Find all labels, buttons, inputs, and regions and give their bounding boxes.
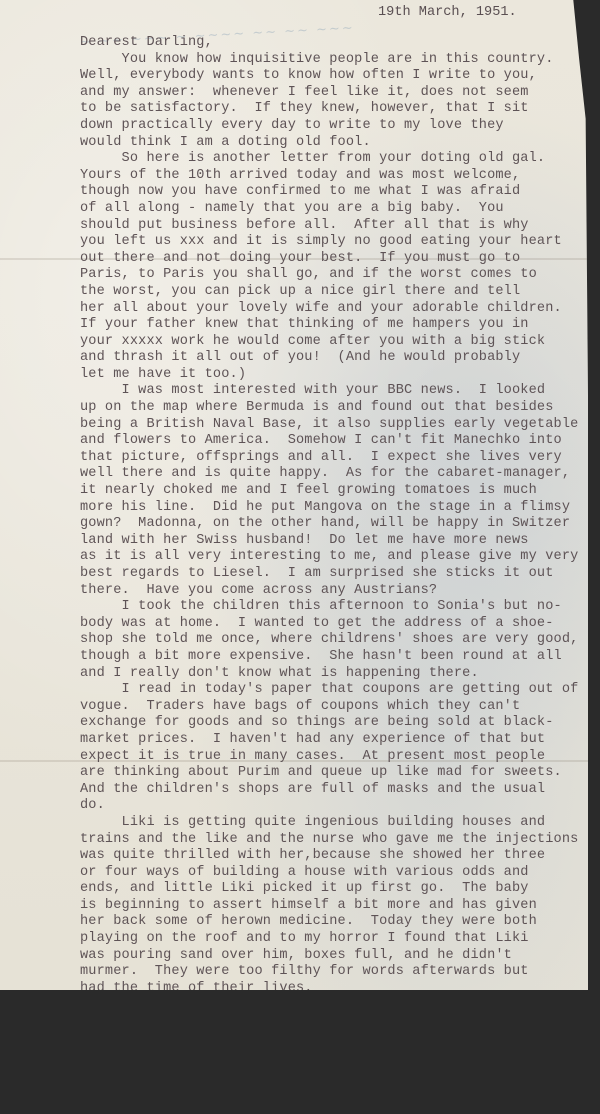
letter-line: her back some of herown medicine. Today … [80,914,600,931]
letter-line: ends, and little Liki picked it up first… [80,881,600,898]
letter-line: land with her Swiss husband! Do let me h… [80,533,600,550]
letter-line: market prices. I haven't had any experie… [80,732,600,749]
letter-line: her all about your lovely wife and your … [80,301,600,318]
letter-line: down practically every day to write to m… [80,118,600,135]
letter-line: of all along - namely that you are a big… [80,201,600,218]
letter-line: was pouring sand over him, boxes full, a… [80,948,600,965]
letter-line: and my answer: whenever I feel like it, … [80,85,600,102]
letter-line: vogue. Traders have bags of coupons whic… [80,699,600,716]
letter-line: it nearly choked me and I feel growing t… [80,483,600,500]
letter-line: I read in today's paper that coupons are… [80,682,600,699]
letter-line: and I really don't know what is happenin… [80,666,600,683]
letter-line: exchange for goods and so things are bei… [80,715,600,732]
salutation: Dearest Darling, [80,35,600,52]
letter-line: Well, everybody wants to know how often … [80,68,600,85]
letter-line: is beginning to assert himself a bit mor… [80,898,600,915]
letter-line: And the children's shops are full of mas… [80,782,600,799]
letter-line: to be satisfactory. If they knew, howeve… [80,101,600,118]
letter-line: though now you have confirmed to me what… [80,184,600,201]
letter-line: that picture, offsprings and all. I expe… [80,450,600,467]
letter-line: or four ways of building a house with va… [80,865,600,882]
letter-line: best regards to Liesel. I am surprised s… [80,566,600,583]
letter-line: well there and is quite happy. As for th… [80,466,600,483]
letter-line: more his line. Did he put Mangova on the… [80,500,600,517]
letter-line: I was most interested with your BBC news… [80,383,600,400]
letter-line: You know how inquisitive people are in t… [80,52,600,69]
letter-line: had the time of their lives. [80,981,600,990]
letter-line: Yours of the 10th arrived today and was … [80,168,600,185]
letter-line: trains and the like and the nurse who ga… [80,832,600,849]
letter-line: and flowers to America. Somehow I can't … [80,433,600,450]
letter-line: would think I am a doting old fool. [80,135,600,152]
letter-line: being a British Naval Base, it also supp… [80,417,600,434]
letter-line: expect it is true in many cases. At pres… [80,749,600,766]
letter-line: Paris, to Paris you shall go, and if the… [80,267,600,284]
letter-line: body was at home. I wanted to get the ad… [80,616,600,633]
letter-line: gown? Madonna, on the other hand, will b… [80,516,600,533]
letter-line: I took the children this afternoon to So… [80,599,600,616]
letter-line: should put business before all. After al… [80,218,600,235]
letter-line: was quite thrilled with her,because she … [80,848,600,865]
letter-line: Liki is getting quite ingenious building… [80,815,600,832]
letter-date: 19th March, 1951. [378,5,517,20]
letter-line: as it is all very interesting to me, and… [80,549,600,566]
letter-line: murmer. They were too filthy for words a… [80,964,600,981]
letter-page: ~ ~~ ~~~ ~ ~~~~ ~~ ~~ ~~~ 19th March, 19… [0,0,588,990]
letter-body: Dearest Darling, You know how inquisitiv… [80,35,600,990]
letter-line: and thrash it all out of you! (And he wo… [80,350,600,367]
letter-line: shop she told me once, where childrens' … [80,632,600,649]
letter-line: are thinking about Purim and queue up li… [80,765,600,782]
letter-line: the worst, you can pick up a nice girl t… [80,284,600,301]
letter-line: So here is another letter from your doti… [80,151,600,168]
letter-line: up on the map where Bermuda is and found… [80,400,600,417]
letter-line: let me have it too.) [80,367,600,384]
letter-line: out there and not doing your best. If yo… [80,251,600,268]
letter-line: there. Have you come across any Austrian… [80,583,600,600]
letter-line: do. [80,798,600,815]
letter-line: you left us xxx and it is simply no good… [80,234,600,251]
letter-line: playing on the roof and to my horror I f… [80,931,600,948]
letter-line: If your father knew that thinking of me … [80,317,600,334]
letter-line: though a bit more expensive. She hasn't … [80,649,600,666]
letter-line: your xxxxx work he would come after you … [80,334,600,351]
